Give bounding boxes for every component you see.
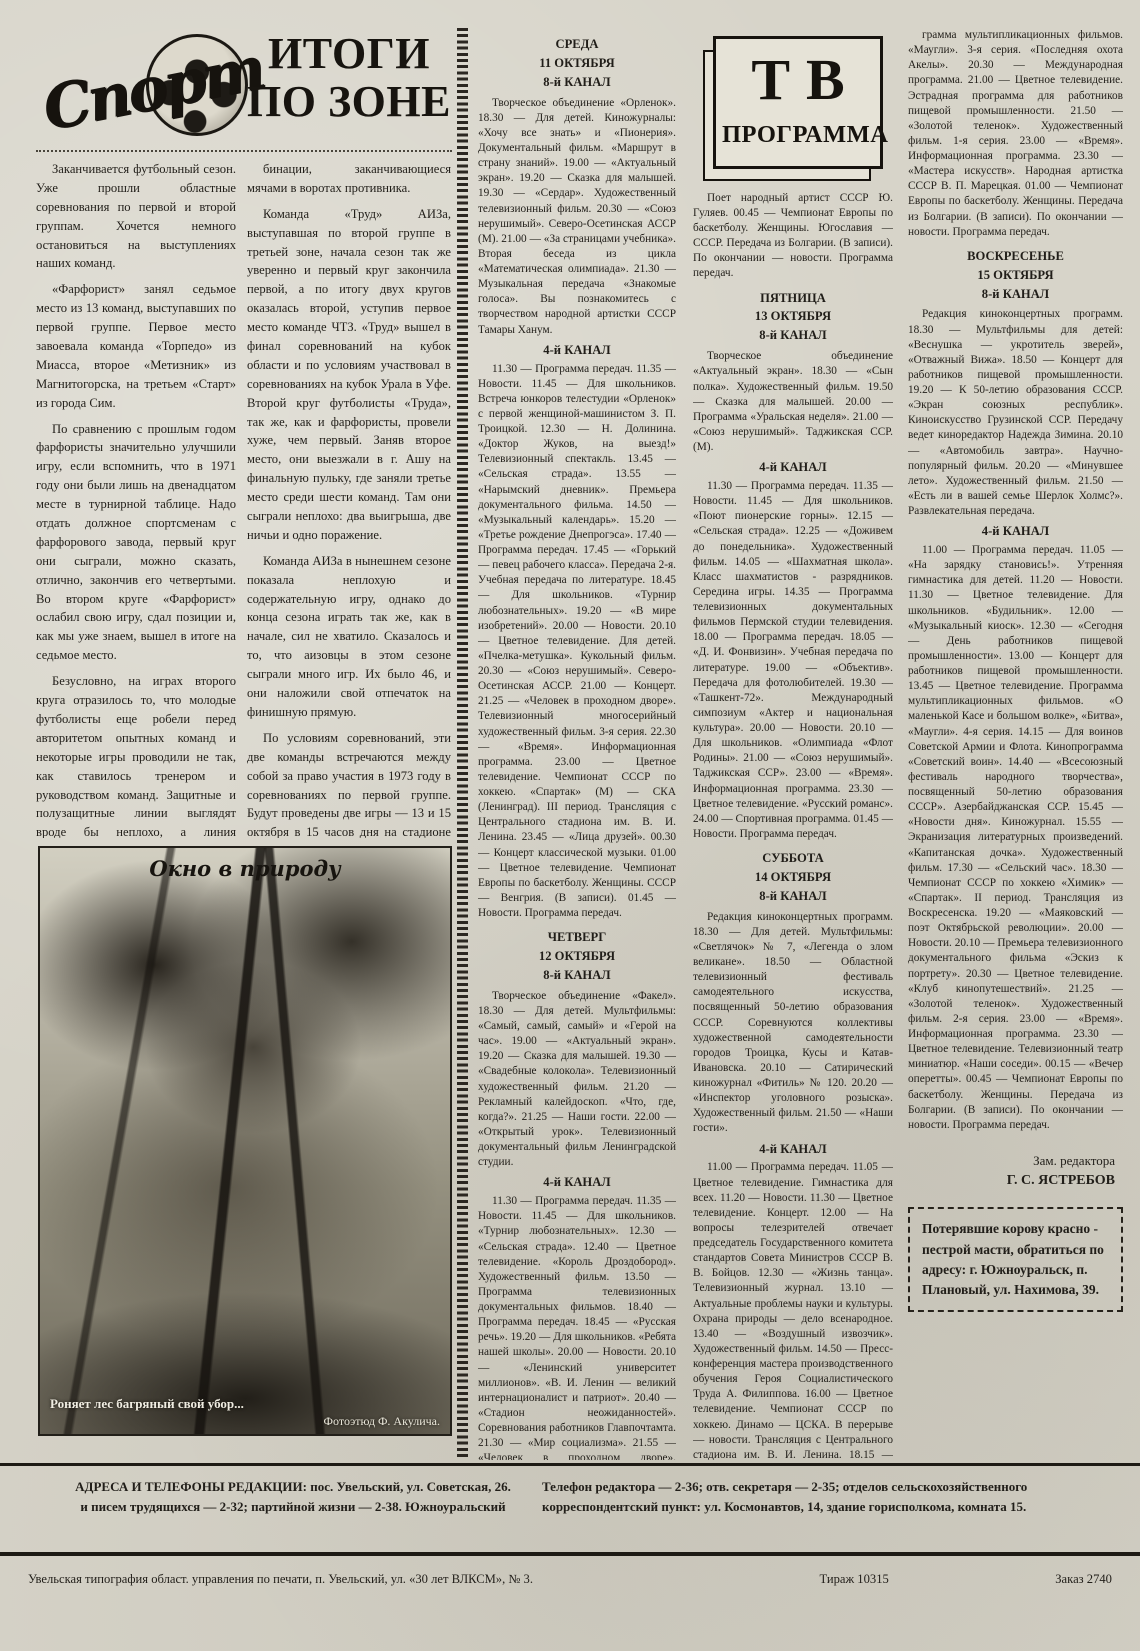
headline-divider bbox=[36, 150, 452, 152]
headline-line-2: ПО ЗОНЕ bbox=[243, 78, 455, 126]
listing-channel-heading: 4-й КАНАЛ bbox=[693, 459, 893, 476]
tv-listing-sun-text: грамма мультипликационных фильмов. «Мауг… bbox=[908, 28, 1123, 1133]
article-paragraph: Команда «Труд» АИЗа, выступавшая по втор… bbox=[247, 205, 451, 545]
newspaper-page: Спорт ИТОГИ ПО ЗОНЕ Заканчивается футбол… bbox=[0, 0, 1140, 1651]
footer-address-left: АДРЕСА И ТЕЛЕФОНЫ РЕДАКЦИИ: пос. Увельск… bbox=[58, 1477, 528, 1517]
article-paragraph: «Фарфорист» занял седьмое место из 13 ко… bbox=[36, 280, 236, 412]
footer-left-line-1: АДРЕСА И ТЕЛЕФОНЫ РЕДАКЦИИ: пос. Увельск… bbox=[58, 1477, 528, 1497]
sport-logo-text: Спорт bbox=[37, 33, 268, 144]
imprint-order-number: Заказ 2740 bbox=[1055, 1572, 1112, 1587]
imprint-line: Увельская типография област. управления … bbox=[28, 1572, 1112, 1587]
listing-paragraph: 11.30 — Программа передач. 11.35 — Новос… bbox=[478, 1194, 676, 1460]
listing-heading-line: 8-й КАНАЛ bbox=[478, 73, 676, 92]
listing-paragraph: 11.00 — Программа передач. 11.05 — Цветн… bbox=[693, 1160, 893, 1460]
listing-paragraph: 11.30 — Программа передач. 11.35 — Новос… bbox=[478, 362, 676, 922]
tv-program-logo-inner: ТВ ПРОГРАММА bbox=[713, 36, 883, 169]
listing-paragraph: Творческое объединение «Орленок». 18.30 … bbox=[478, 96, 676, 338]
tv-program-logo-box: ТВ ПРОГРАММА bbox=[713, 36, 883, 169]
listing-paragraph: Творческое объединение «Факел». 18.30 — … bbox=[478, 989, 676, 1171]
article-column-2: бинации, заканчивающиеся мячами в ворота… bbox=[247, 160, 451, 838]
listing-paragraph: 11.30 — Программа передач. 11.35 — Новос… bbox=[693, 479, 893, 842]
article-paragraph: По сравнению с прошлым годом фарфористы … bbox=[36, 420, 236, 666]
listing-day-heading: ВОСКРЕСЕНЬЕ15 ОКТЯБРЯ8-й КАНАЛ bbox=[908, 247, 1123, 304]
footer-top-rule bbox=[0, 1463, 1140, 1466]
listing-channel-heading: 4-й КАНАЛ bbox=[908, 523, 1123, 540]
hatched-column-divider bbox=[457, 28, 468, 1460]
tv-listing-fri-sat-text: Поет народный артист СССР Ю. Гуляев. 00.… bbox=[693, 191, 893, 1460]
classified-ad-text: Потерявшие корову красно - пестрой масти… bbox=[922, 1221, 1104, 1297]
headline-line-1: ИТОГИ bbox=[243, 30, 455, 78]
footer-bottom-rule bbox=[0, 1552, 1140, 1556]
editor-signature-block: Зам. редактора Г. С. ЯСТРЕБОВ bbox=[908, 1151, 1115, 1192]
listing-paragraph: грамма мультипликационных фильмов. «Мауг… bbox=[908, 28, 1123, 240]
listing-day-heading: ПЯТНИЦА13 ОКТЯБРЯ8-й КАНАЛ bbox=[693, 289, 893, 346]
listing-day-heading: СУББОТА14 ОКТЯБРЯ8-й КАНАЛ bbox=[693, 849, 893, 906]
listing-heading-line: ПЯТНИЦА bbox=[693, 289, 893, 308]
photo-credit: Фотоэтюд Ф. Акулича. bbox=[50, 1414, 440, 1429]
editor-label: Зам. редактора bbox=[908, 1151, 1115, 1171]
listing-heading-line: 8-й КАНАЛ bbox=[478, 966, 676, 985]
listing-heading-line: 11 ОКТЯБРЯ bbox=[478, 54, 676, 73]
listing-paragraph: Творческое объединение «Актуальный экран… bbox=[693, 349, 893, 455]
article-paragraph: Заканчивается футбольный сезон. Уже прош… bbox=[36, 160, 236, 273]
listing-heading-line: ВОСКРЕСЕНЬЕ bbox=[908, 247, 1123, 266]
listing-channel-heading: 4-й КАНАЛ bbox=[478, 342, 676, 359]
listing-heading-line: СРЕДА bbox=[478, 35, 676, 54]
listing-heading-line: СУББОТА bbox=[693, 849, 893, 868]
photo-caption-band: Роняет лес багряный свой убор... Фотоэтю… bbox=[50, 1396, 440, 1429]
footer-address-block: АДРЕСА И ТЕЛЕФОНЫ РЕДАКЦИИ: пос. Увельск… bbox=[58, 1477, 1086, 1517]
footer-left-line-2: и писем трудящихся — 2-32; партийной жиз… bbox=[58, 1497, 528, 1517]
article-column-1: Заканчивается футбольный сезон. Уже прош… bbox=[36, 160, 236, 838]
listing-paragraph: Редакция киноконцертных программ. 18.30 … bbox=[908, 307, 1123, 519]
tv-logo-line-2: ПРОГРАММА bbox=[722, 119, 874, 152]
article-paragraph: Безусловно, на играх второго круга отраз… bbox=[36, 672, 236, 838]
listing-heading-line: 15 ОКТЯБРЯ bbox=[908, 266, 1123, 285]
tv-listing-column-sun: грамма мультипликационных фильмов. «Мауг… bbox=[908, 28, 1123, 1460]
tv-listing-column-wed-thu: СРЕДА11 ОКТЯБРЯ8-й КАНАЛТворческое объед… bbox=[478, 28, 676, 1460]
listing-channel-heading: 4-й КАНАЛ bbox=[478, 1174, 676, 1191]
tv-logo-line-1: ТВ bbox=[722, 51, 874, 109]
article-column-2-text: бинации, заканчивающиеся мячами в ворота… bbox=[247, 160, 451, 838]
article-paragraph: По условиям соревнований, эти две команд… bbox=[247, 729, 451, 838]
listing-paragraph: 11.00 — Программа передач. 11.05 — «На з… bbox=[908, 543, 1123, 1133]
listing-heading-line: ЧЕТВЕРГ bbox=[478, 928, 676, 947]
listing-paragraph: Поет народный артист СССР Ю. Гуляев. 00.… bbox=[693, 191, 893, 282]
autumn-forest-photo bbox=[40, 848, 450, 1434]
listing-heading-line: 8-й КАНАЛ bbox=[908, 285, 1123, 304]
photo-feature-title: Окно в природу bbox=[40, 856, 450, 881]
listing-day-heading: СРЕДА11 ОКТЯБРЯ8-й КАНАЛ bbox=[478, 35, 676, 92]
listing-heading-line: 13 ОКТЯБРЯ bbox=[693, 307, 893, 326]
article-paragraph: Команда АИЗа в нынешнем сезоне показала … bbox=[247, 552, 451, 722]
footer-right-line-1: Телефон редактора — 2-36; отв. секретаря… bbox=[542, 1477, 1086, 1497]
article-headline: ИТОГИ ПО ЗОНЕ bbox=[243, 30, 455, 125]
listing-channel-heading: 4-й КАНАЛ bbox=[693, 1141, 893, 1158]
photo-feature-box: Окно в природу Роняет лес багряный свой … bbox=[38, 846, 452, 1436]
imprint-printer: Увельская типография област. управления … bbox=[28, 1572, 533, 1587]
tv-listing-column-fri-sat: ТВ ПРОГРАММА Поет народный артист СССР Ю… bbox=[693, 28, 893, 1460]
listing-day-heading: ЧЕТВЕРГ12 ОКТЯБРЯ8-й КАНАЛ bbox=[478, 928, 676, 985]
listing-paragraph: Редакция киноконцертных программ. 18.30 … bbox=[693, 910, 893, 1137]
classified-ad-box: Потерявшие корову красно - пестрой масти… bbox=[908, 1207, 1123, 1312]
listing-heading-line: 12 ОКТЯБРЯ bbox=[478, 947, 676, 966]
footer-address-right: Телефон редактора — 2-36; отв. секретаря… bbox=[542, 1477, 1086, 1517]
photo-caption: Роняет лес багряный свой убор... bbox=[50, 1396, 440, 1412]
footer-right-line-2: корреспондентский пункт: ул. Космонавтов… bbox=[542, 1497, 1086, 1517]
article-paragraph: бинации, заканчивающиеся мячами в ворота… bbox=[247, 160, 451, 198]
listing-heading-line: 8-й КАНАЛ bbox=[693, 326, 893, 345]
listing-heading-line: 8-й КАНАЛ bbox=[693, 887, 893, 906]
editor-name: Г. С. ЯСТРЕБОВ bbox=[908, 1170, 1115, 1191]
listing-heading-line: 14 ОКТЯБРЯ bbox=[693, 868, 893, 887]
imprint-circulation: Тираж 10315 bbox=[819, 1572, 888, 1587]
sport-section-logo: Спорт bbox=[48, 28, 248, 143]
